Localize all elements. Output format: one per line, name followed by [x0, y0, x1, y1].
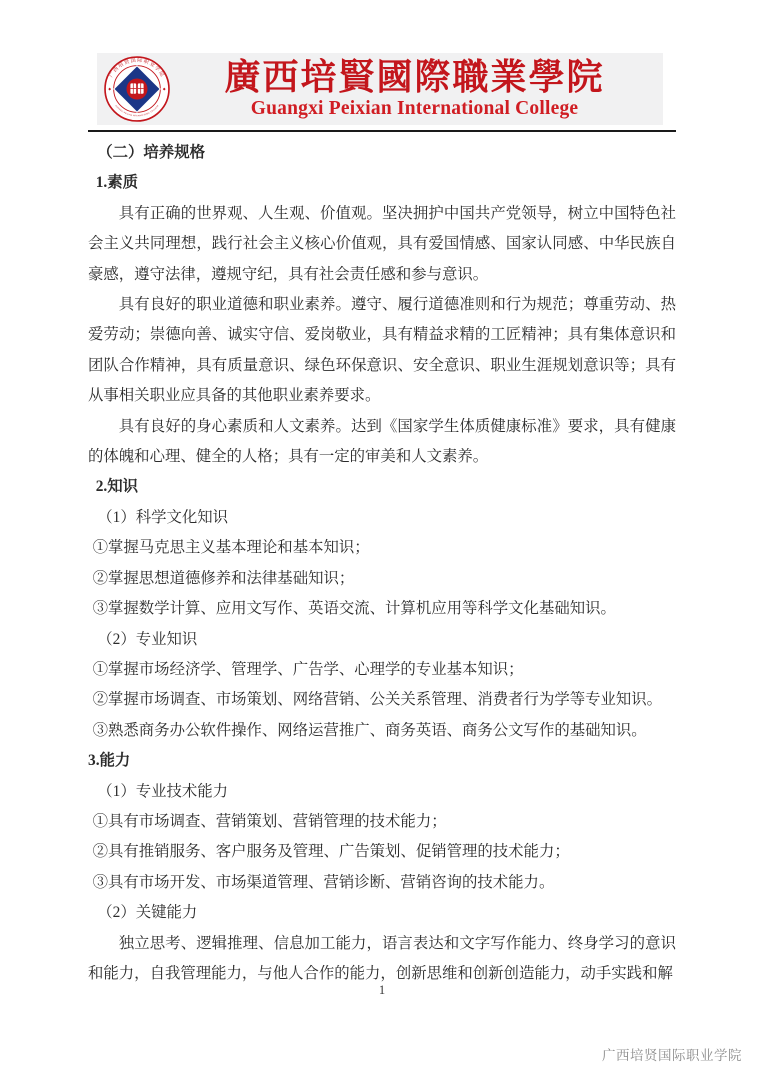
doc-top-heading: 3.能力 [88, 746, 676, 776]
doc-list-item: ②掌握思想道德修养和法律基础知识； [88, 564, 676, 594]
college-title-zh: 廣西培賢國際職業學院 [170, 58, 659, 97]
doc-paragraph: 独立思考、逻辑推理、信息加工能力，语言表达和文字写作能力、终身学习的意识和能力，… [88, 929, 676, 990]
doc-paragraph: 具有正确的世界观、人生观、价值观。坚决拥护中国共产党领导，树立中国特色社会主义共… [88, 199, 676, 290]
doc-sub-heading: 2.知识 [88, 472, 676, 502]
document-body: （二）培养规格1.素质具有正确的世界观、人生观、价值观。坚决拥护中国共产党领导，… [88, 138, 676, 989]
doc-numbered-heading: （2）关键能力 [88, 898, 676, 928]
doc-numbered-heading: （1）专业技术能力 [88, 777, 676, 807]
college-seal-logo: 广西培贤国际职业学院 GUANGXI PEIXIAN INTERNATIONAL… [104, 56, 170, 122]
header-divider-line [88, 130, 676, 132]
doc-list-item: ①具有市场调查、营销策划、营销管理的技术能力； [88, 807, 676, 837]
doc-list-item: ③熟悉商务办公软件操作、网络运营推广、商务英语、商务公文写作的基础知识。 [88, 716, 676, 746]
college-title-block: 廣西培賢國際職業學院 Guangxi Peixian International… [170, 58, 663, 120]
doc-paragraph: 具有良好的职业道德和职业素养。遵守、履行道德准则和行为规范；尊重劳动、热爱劳动；… [88, 290, 676, 412]
doc-list-item: ③具有市场开发、市场渠道管理、营销诊断、营销咨询的技术能力。 [88, 868, 676, 898]
doc-list-item: ②具有推销服务、客户服务及管理、广告策划、促销管理的技术能力； [88, 837, 676, 867]
doc-sub-heading: 1.素质 [88, 168, 676, 198]
doc-section-heading: （二）培养规格 [88, 138, 676, 168]
college-header: 广西培贤国际职业学院 GUANGXI PEIXIAN INTERNATIONAL… [97, 53, 663, 125]
doc-numbered-heading: （2）专业知识 [88, 625, 676, 655]
doc-list-item: ①掌握市场经济学、管理学、广告学、心理学的专业基本知识； [88, 655, 676, 685]
doc-list-item: ②掌握市场调查、市场策划、网络营销、公关关系管理、消费者行为学等专业知识。 [88, 685, 676, 715]
page-number: 1 [0, 983, 764, 998]
doc-numbered-heading: （1）科学文化知识 [88, 503, 676, 533]
logo-center-disc [126, 78, 147, 99]
footer-watermark: 广西培贤国际职业学院 [602, 1044, 742, 1064]
document-page: 广西培贤国际职业学院 GUANGXI PEIXIAN INTERNATIONAL… [0, 0, 764, 1080]
doc-list-item: ①掌握马克思主义基本理论和基本知识； [88, 533, 676, 563]
doc-list-item: ③掌握数学计算、应用文写作、英语交流、计算机应用等科学文化基础知识。 [88, 594, 676, 624]
college-title-en: Guangxi Peixian International College [170, 98, 659, 120]
doc-paragraph: 具有良好的身心素质和人文素养。达到《国家学生体质健康标准》要求，具有健康的体魄和… [88, 412, 676, 473]
